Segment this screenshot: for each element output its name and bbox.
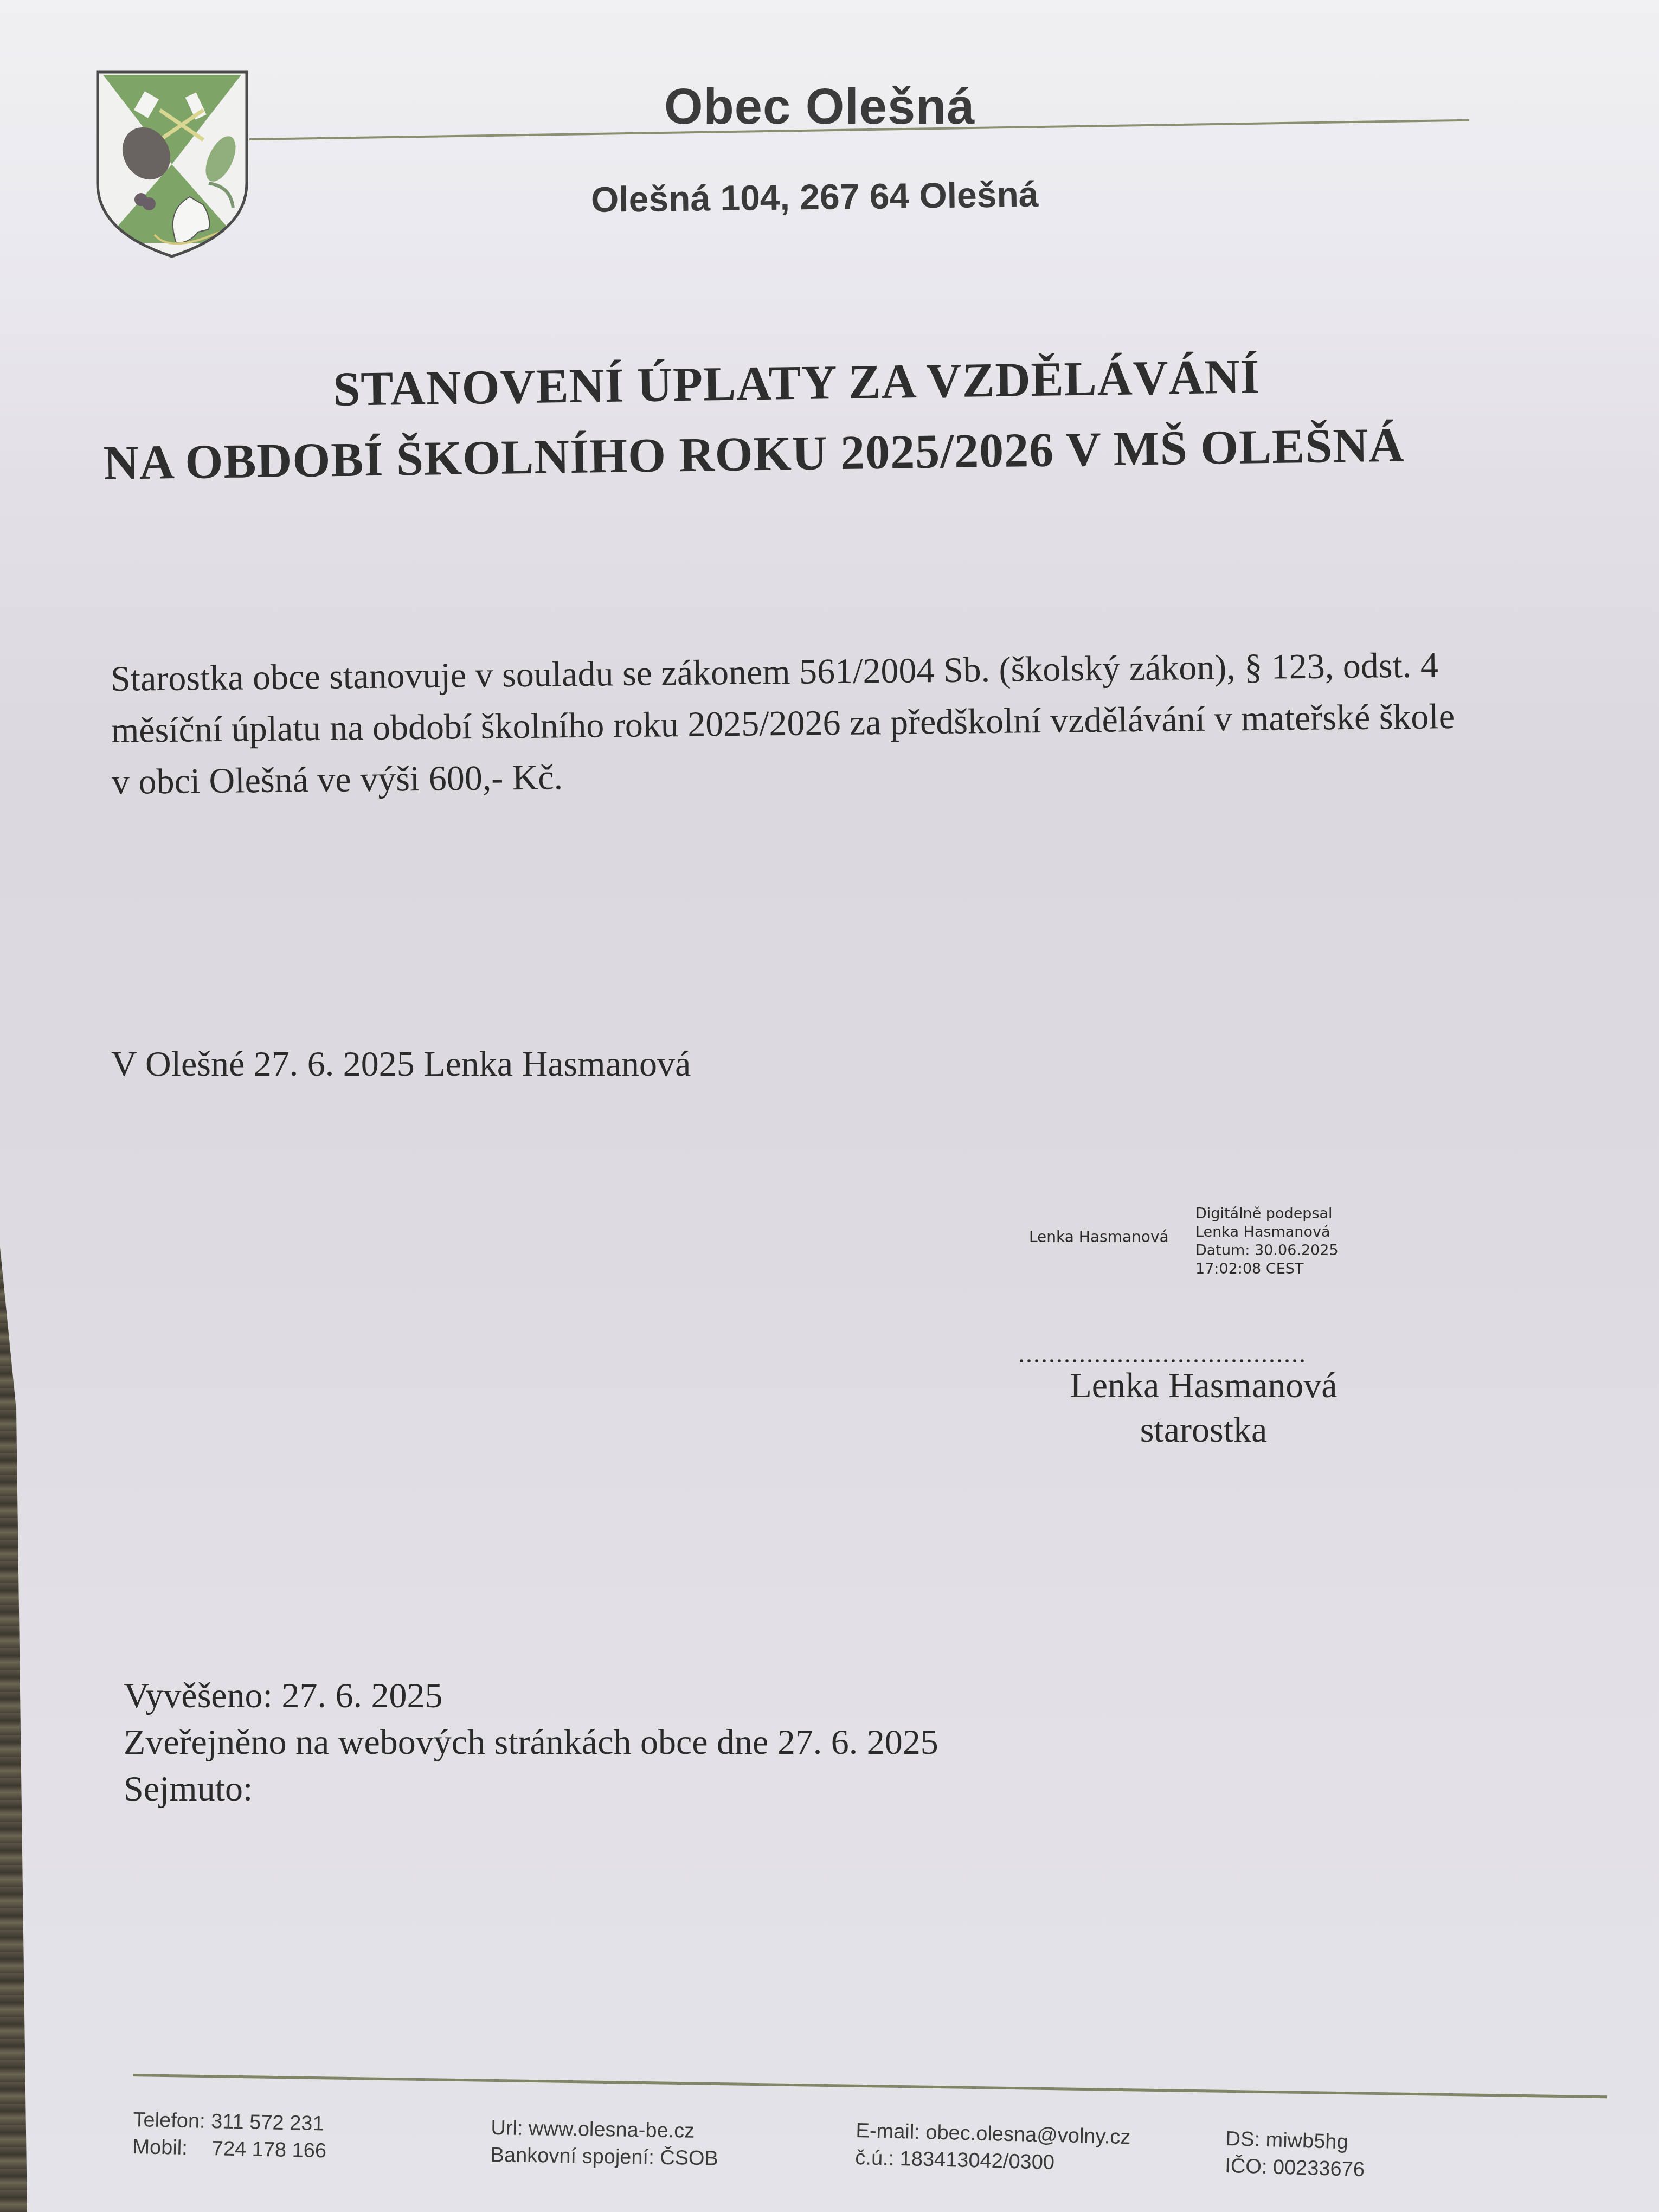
email-value: obec.olesna@volny.cz (925, 2121, 1131, 2149)
account-label: č.ú.: (855, 2146, 895, 2170)
posted-date: Vyvěšeno: 27. 6. 2025 (124, 1673, 938, 1719)
org-address: Olešná 104, 267 64 Olešná (591, 173, 1039, 220)
posting-info: Vyvěšeno: 27. 6. 2025 Zveřejněno na webo… (124, 1673, 938, 1812)
ico-value: 00233676 (1272, 2156, 1365, 2181)
phone-number: 311 572 231 (211, 2110, 324, 2135)
url-value: www.olesna-be.cz (529, 2117, 695, 2143)
signatory-name: Lenka Hasmanová (1030, 1364, 1377, 1408)
signature-detail-line: Lenka Hasmanová (1195, 1223, 1339, 1242)
phone-label: Telefon: (133, 2108, 205, 2133)
mobile-number: 724 178 166 (211, 2137, 326, 2162)
published-web: Zveřejněno na webových stránkách obce dn… (124, 1719, 938, 1766)
digital-signature-details: Digitálně podepsal Lenka Hasmanová Datum… (1195, 1205, 1339, 1278)
email-label: E-mail: (856, 2119, 920, 2144)
bank-label: Bankovní spojení: (490, 2144, 654, 2169)
place-date-line: V Olešné 27. 6. 2025 Lenka Hasmanová (111, 1044, 691, 1085)
url-label: Url: (491, 2117, 523, 2140)
signatory-block: Lenka Hasmanová starostka (1030, 1364, 1377, 1452)
document-title: STANOVENÍ ÚPLATY ZA VZDĚLÁVÁNÍ NA OBDOBÍ… (102, 338, 1491, 499)
account-value: 183413042/0300 (899, 2147, 1054, 2174)
bank-value: ČSOB (660, 2146, 718, 2170)
mobile-label: Mobil: (132, 2136, 188, 2159)
signature-detail-line: Digitálně podepsal (1195, 1205, 1339, 1223)
signatory-role: starostka (1030, 1408, 1377, 1452)
ico-label: IČO: (1225, 2155, 1268, 2178)
body-paragraph: Starostka obce stanovuje v souladu se zá… (111, 638, 1630, 808)
digital-signature-name: Lenka Hasmanová (1029, 1228, 1169, 1246)
removed-date: Sejmuto: (124, 1766, 938, 1812)
ds-value: miwb5hg (1265, 2129, 1348, 2153)
coat-of-arms-icon (95, 69, 249, 259)
footer-ids: DS: miwb5hg IČO: 00233676 (1225, 2125, 1366, 2183)
document-page (0, 0, 1659, 2212)
footer-email-account: E-mail: obec.olesna@volny.cz č.ú.: 18341… (855, 2117, 1131, 2178)
signature-detail-line: Datum: 30.06.2025 (1195, 1242, 1339, 1260)
ds-label: DS: (1225, 2127, 1261, 2151)
footer-web-bank: Url: www.olesna-be.cz Bankovní spojení: … (490, 2114, 719, 2172)
org-name: Obec Olešná (664, 79, 975, 136)
footer-contact-phones: Telefon: 311 572 231 Mobil:724 178 166 (132, 2106, 327, 2164)
signature-detail-line: 17:02:08 CEST (1195, 1260, 1339, 1278)
